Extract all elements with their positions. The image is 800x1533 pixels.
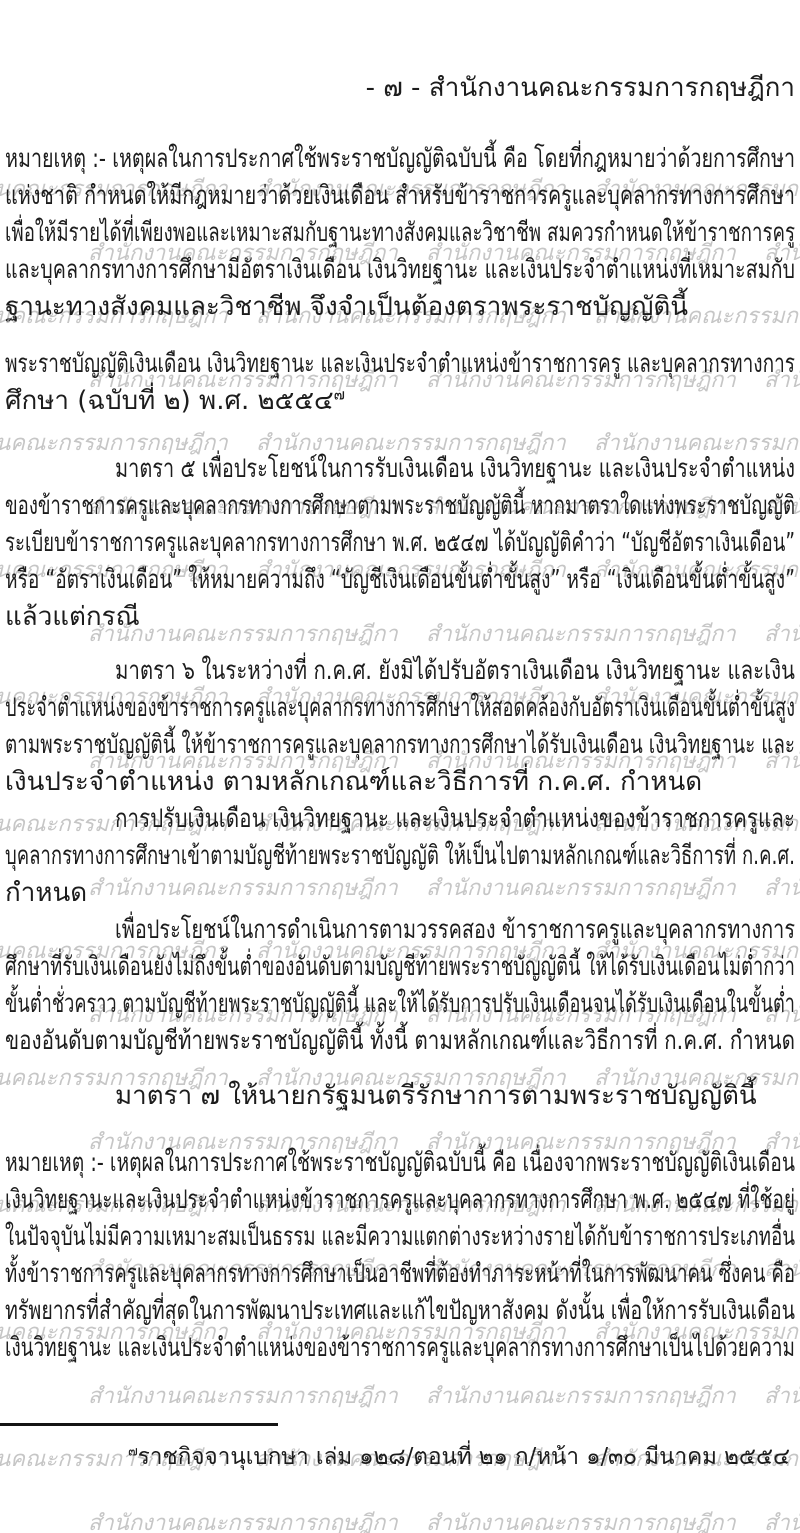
text-line: พระราชบัญญัติเงินเดือน เงินวิทยฐานะ และเ…	[5, 346, 795, 383]
text-line: ขั้นต่ำชั่วคราว ตามบัญชีท้ายพระราชบัญญัต…	[5, 986, 795, 1023]
text-line: กำหนด	[5, 875, 795, 912]
text-line: ศึกษาที่รับเงินเดือนยังไม่ถึงขั้นต่ำของอ…	[5, 949, 795, 986]
text-line: มาตรา ๕ เพื่อประโยชน์ในการรับเงินเดือน เ…	[5, 451, 795, 488]
remark-paragraph-1: หมายเหตุ :- เหตุผลในการประกาศใช้พระราชบั…	[5, 141, 795, 326]
text-line: การปรับเงินเดือน เงินวิทยฐานะ และเงินประ…	[5, 801, 795, 838]
footnote-text: ราชกิจจานุเบกษา เล่ม ๑๒๘/ตอนที่ ๒๑ ก/หน้…	[138, 1444, 790, 1470]
text-line: เงินวิทยฐานะ และเงินประจำตำแหน่งของข้ารา…	[5, 1330, 795, 1367]
text-line: ทั้งข้าราชการครูและบุคลากรทางการศึกษาเป็…	[5, 1256, 795, 1293]
text-line: มาตรา ๖ ในระหว่างที่ ก.ค.ศ. ยังมิได้ปรับ…	[5, 653, 795, 690]
text-line: หมายเหตุ :- เหตุผลในการประกาศใช้พระราชบั…	[5, 1145, 795, 1182]
text-line: ทรัพยากรที่สำคัญที่สุดในการพัฒนาประเทศแล…	[5, 1293, 795, 1330]
page-header: - ๗ - สำนักงานคณะกรรมการกฤษฎีกา	[5, 70, 795, 107]
act-title-line: ศึกษา (ฉบับที่ ๒) พ.ศ. ๒๕๕๔	[5, 386, 334, 416]
section-5-paragraph: มาตรา ๕ เพื่อประโยชน์ในการรับเงินเดือน เ…	[5, 451, 795, 636]
text-line: เพื่อประโยชน์ในการดำเนินการตามวรรคสอง ข้…	[5, 912, 795, 949]
text-line: ในปัจจุบันไม่มีความเหมาะสมเป็นธรรม และมี…	[5, 1219, 795, 1256]
act-title: พระราชบัญญัติเงินเดือน เงินวิทยฐานะ และเ…	[5, 346, 795, 420]
text-line: เงินวิทยฐานะและเงินประจำตำแหน่งข้าราชการ…	[5, 1182, 795, 1219]
document-page: สำนักงานคณะกรรมการกฤษฎีกาสำนักงานคณะกรรม…	[0, 0, 800, 1533]
section-6-paragraph: มาตรา ๖ ในระหว่างที่ ก.ค.ศ. ยังมิได้ปรับ…	[5, 653, 795, 1060]
text-line: มาตรา ๗ ให้นายกรัฐมนตรีรักษาการตามพระราช…	[5, 1078, 795, 1115]
text-line: หรือ “อัตราเงินเดือน” ให้หมายความถึง “บั…	[5, 562, 795, 599]
text-line: หมายเหตุ :- เหตุผลในการประกาศใช้พระราชบั…	[5, 141, 795, 178]
remark-paragraph-2: หมายเหตุ :- เหตุผลในการประกาศใช้พระราชบั…	[5, 1145, 795, 1367]
text-line: บุคลากรทางการศึกษาเข้าตามบัญชีท้ายพระราช…	[5, 838, 795, 875]
text-line: แล้วแต่กรณี	[5, 599, 795, 636]
text-line: ระเบียบข้าราชการครูและบุคลากรทางการศึกษา…	[5, 525, 795, 562]
text-line: ฐานะทางสังคมและวิชาชีพ จึงจำเป็นต้องตราพ…	[5, 289, 795, 326]
text-line: เพื่อให้มีรายได้ที่เพียงพอและเหมาะสมกับฐ…	[5, 215, 795, 252]
text-line: ของอันดับตามบัญชีท้ายพระราชบัญญัตินี้ ทั…	[5, 1023, 795, 1060]
text-line: ตามพระราชบัญญัตินี้ ให้ข้าราชการครูและบุ…	[5, 727, 795, 764]
text-line: ของข้าราชการครูและบุคลากรทางการศึกษาตามพ…	[5, 488, 795, 525]
text-line: และบุคลากรทางการศึกษามีอัตราเงินเดือน เง…	[5, 252, 795, 289]
footnote-reference-mark: ๗	[128, 1444, 138, 1459]
text-line: แห่งชาติ กำหนดให้มีกฎหมายว่าด้วยเงินเดือ…	[5, 178, 795, 215]
footnote-reference-mark: ๗	[334, 385, 345, 403]
text-line: ประจำตำแหน่งของข้าราชการครูและบุคลากรทาง…	[5, 690, 795, 727]
document-text-layer: - ๗ - สำนักงานคณะกรรมการกฤษฎีกา หมายเหตุ…	[0, 0, 800, 1533]
footnote: ๗ราชกิจจานุเบกษา เล่ม ๑๒๘/ตอนที่ ๒๑ ก/หน…	[128, 1440, 800, 1474]
text-line: ศึกษา (ฉบับที่ ๒) พ.ศ. ๒๕๕๔๗	[5, 383, 795, 420]
page-number: - ๗ -	[366, 70, 421, 107]
text-line: เงินประจำตำแหน่ง ตามหลักเกณฑ์และวิธีการท…	[5, 764, 795, 801]
section-7-paragraph: มาตรา ๗ ให้นายกรัฐมนตรีรักษาการตามพระราช…	[5, 1078, 795, 1115]
footnote-separator	[0, 1423, 278, 1426]
agency-name: สำนักงานคณะกรรมการกฤษฎีกา	[429, 70, 795, 107]
